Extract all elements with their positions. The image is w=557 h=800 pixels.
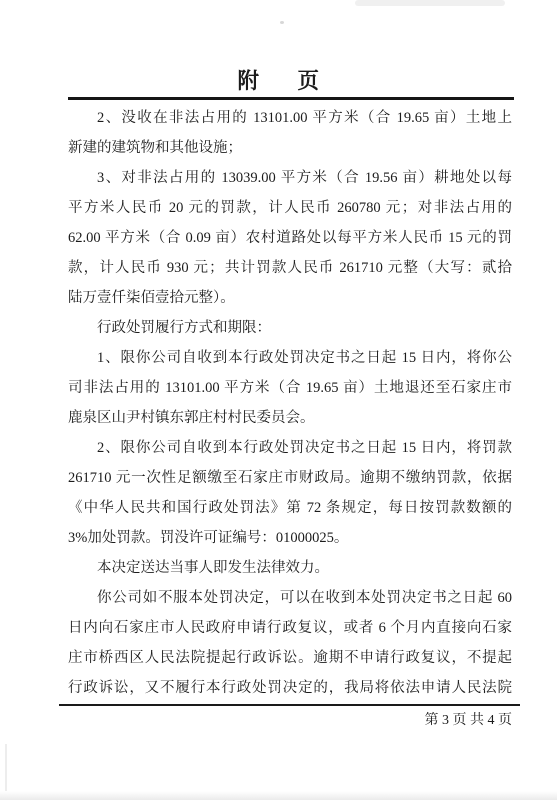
- scanned-document-page: 附 页 2、没收在非法占用的 13101.00 平方米（合 19.65 亩）土地…: [0, 0, 557, 800]
- page-title-char-right: 页: [298, 64, 320, 95]
- doc-line: 2、没收在非法占用的 13101.00 平方米（合 19.65 亩）土地上: [68, 103, 512, 133]
- doc-line: 1、限你公司自收到本行政处罚决定书之日起 15 日内，将你公: [68, 343, 512, 373]
- doc-line: 261710 元一次性足额缴至石家庄市财政局。逾期不缴纳罚款，依据: [68, 463, 512, 493]
- section-heading-line: 行政处罚履行方式和期限：: [68, 313, 512, 343]
- page-title: 附 页: [0, 64, 557, 95]
- doc-line: 行政诉讼，又不履行本行政处罚决定的，我局将依法申请人民法院: [68, 673, 512, 703]
- doc-line: 陆万壹仟柒佰壹拾元整）。: [68, 283, 512, 313]
- doc-line: 庄市桥西区人民法院提起行政诉讼。逾期不申请行政复议，不提起: [68, 643, 512, 673]
- doc-line: 本决定送达当事人即发生法律效力。: [68, 553, 512, 583]
- doc-line: 平方米人民币 20 元的罚款，计人民币 260780 元；对非法占用的: [68, 193, 512, 223]
- doc-line: 司非法占用的 13101.00 平方米（合 19.65 亩）土地退还至石家庄市: [68, 373, 512, 403]
- page-number: 第 3 页 共 4 页: [425, 710, 513, 732]
- scan-artifact-smudge: [355, 0, 505, 6]
- doc-line: 鹿泉区山尹村镇东郭庄村村民委员会。: [68, 403, 512, 433]
- scan-artifact-edge: [5, 744, 7, 796]
- scan-artifact-bottom-band: [0, 791, 557, 800]
- doc-line: 日内向石家庄市人民政府申请行政复议，或者 6 个月内直接向石家: [68, 613, 512, 643]
- doc-line: 3%加处罚款。罚没许可证编号：01000025。: [68, 523, 512, 553]
- doc-line: 2、限你公司自收到本行政处罚决定书之日起 15 日内，将罚款: [68, 433, 512, 463]
- doc-line: 62.00 平方米（合 0.09 亩）农村道路处以每平方米人民币 15 元的罚: [68, 223, 512, 253]
- doc-line: 款，计人民币 930 元；共计罚款人民币 261710 元整（大写：贰拾: [68, 253, 512, 283]
- scan-artifact-dot: [280, 21, 284, 24]
- header-rule: [68, 97, 514, 100]
- doc-line: 《中华人民共和国行政处罚法》第 72 条规定，每日按罚款数额的: [68, 493, 512, 523]
- document-body: 2、没收在非法占用的 13101.00 平方米（合 19.65 亩）土地上 新建…: [68, 103, 512, 703]
- doc-line: 3、对非法占用的 13039.00 平方米（合 19.56 亩）耕地处以每: [68, 163, 512, 193]
- footer-rule: [59, 704, 520, 706]
- doc-line: 新建的建筑物和其他设施；: [68, 133, 512, 163]
- page-title-char-left: 附: [237, 64, 259, 95]
- doc-line: 你公司如不服本处罚决定，可以在收到本处罚决定书之日起 60: [68, 583, 512, 613]
